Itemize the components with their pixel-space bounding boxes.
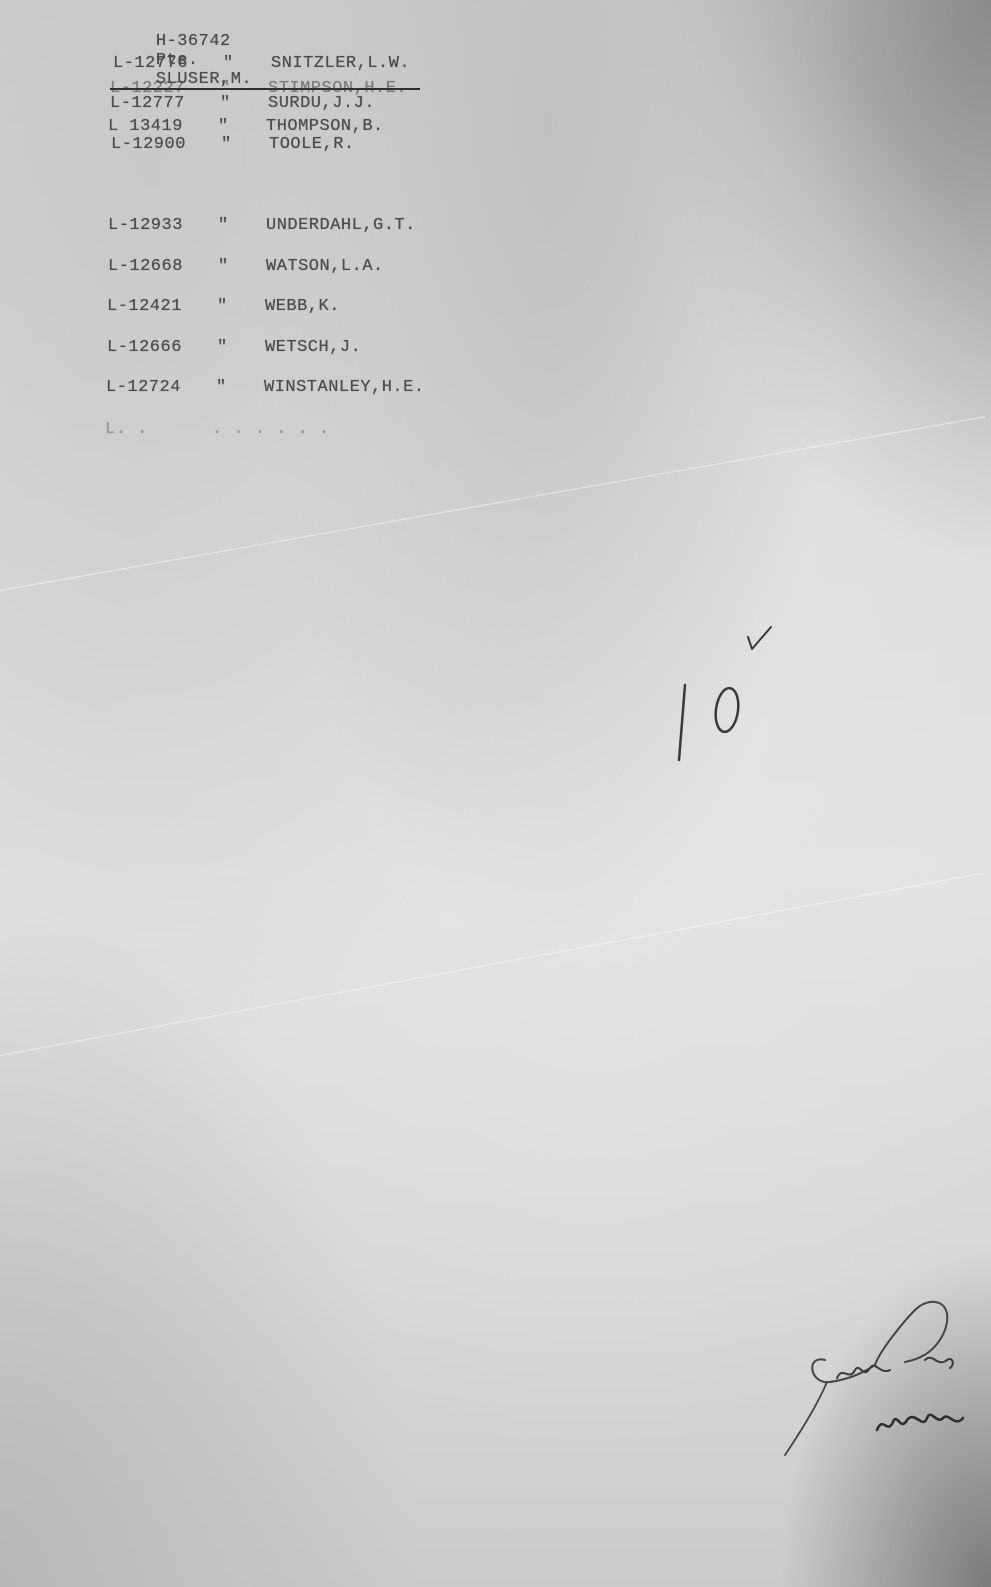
paper-crease: [0, 416, 985, 591]
rank-ditto: ": [218, 257, 229, 276]
soldier-name: SURDU,J.J.: [268, 94, 375, 113]
soldier-name: WETSCH,J.: [265, 338, 361, 357]
service-number: L-12933: [108, 216, 183, 235]
signature: [765, 1290, 975, 1475]
soldier-name: WINSTANLEY,H.E.: [264, 378, 425, 397]
signature-scrawl-icon: [765, 1290, 975, 1470]
rank-ditto: ": [217, 297, 228, 316]
rank-ditto: ": [217, 338, 228, 357]
paper-crease: [0, 873, 983, 1056]
faint-trailing-line: L. . . . . . . .: [105, 420, 330, 439]
service-number: H-36742: [156, 32, 231, 51]
check-mark-icon: [745, 625, 775, 660]
service-number: L-12900: [111, 135, 186, 154]
handwritten-count: [675, 660, 765, 775]
rank-ditto: ": [223, 54, 234, 73]
service-number: L-12421: [107, 297, 182, 316]
rank-ditto: ": [216, 378, 227, 397]
soldier-name: THOMPSON,B.: [266, 117, 384, 136]
soldier-name: WATSON,L.A.: [266, 257, 384, 276]
soldier-name: SNITZLER,L.W.: [271, 54, 410, 73]
rank-ditto: ": [218, 216, 229, 235]
service-number: L 13419: [108, 117, 183, 136]
scanned-document-page: H-36742 Pte. SLUSER,M. L-12776"SNITZLER,…: [0, 0, 991, 1587]
service-number: L-12776: [113, 54, 188, 73]
soldier-name: WEBB,K.: [265, 297, 340, 316]
rank-ditto: ": [220, 94, 231, 113]
soldier-name: TOOLE,R.: [269, 135, 355, 154]
handwritten-10-icon: [675, 660, 765, 770]
service-number: L-12777: [110, 94, 185, 113]
rank-ditto: ": [218, 117, 229, 136]
service-number: L-12724: [106, 378, 181, 397]
service-number: L-12666: [107, 338, 182, 357]
rank-ditto: ": [221, 135, 232, 154]
soldier-name: UNDERDAHL,G.T.: [266, 216, 416, 235]
service-number: L-12668: [108, 257, 183, 276]
strikethrough-line: [110, 88, 420, 90]
